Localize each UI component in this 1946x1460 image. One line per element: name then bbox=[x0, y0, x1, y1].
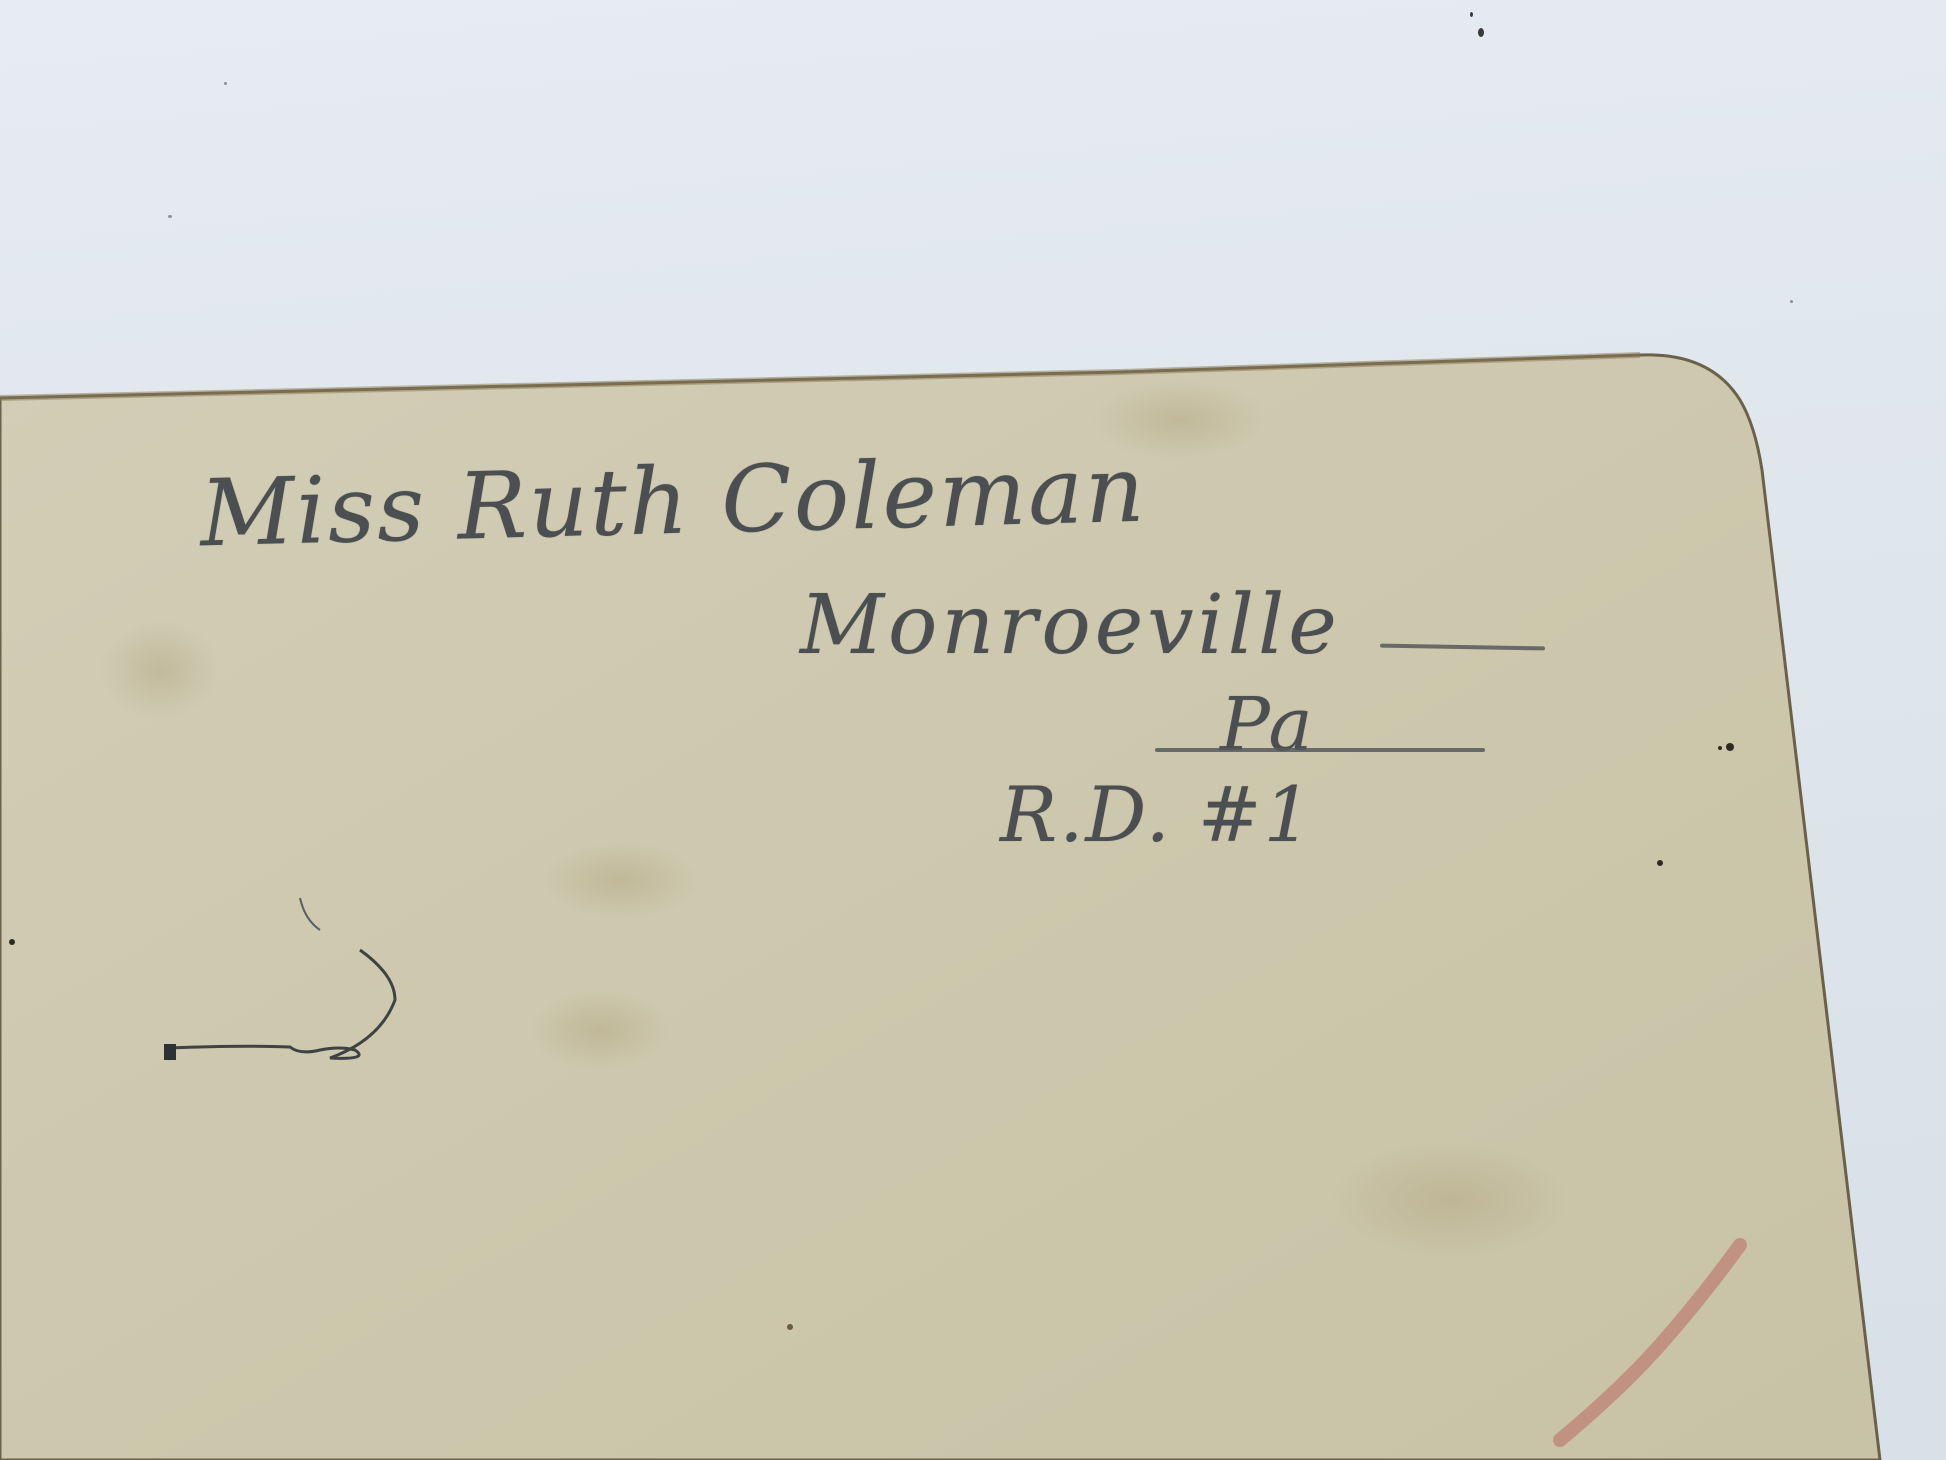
state-underline bbox=[1155, 748, 1485, 752]
inscription-state: Pa bbox=[1220, 682, 1315, 768]
photo-card: Miss Ruth Coleman Monroeville Pa R.D. #1 bbox=[0, 0, 1946, 1460]
inscription-route: R.D. #1 bbox=[1000, 770, 1314, 859]
inscription-town: Monroeville bbox=[800, 578, 1341, 673]
card-shape bbox=[0, 0, 1946, 1460]
